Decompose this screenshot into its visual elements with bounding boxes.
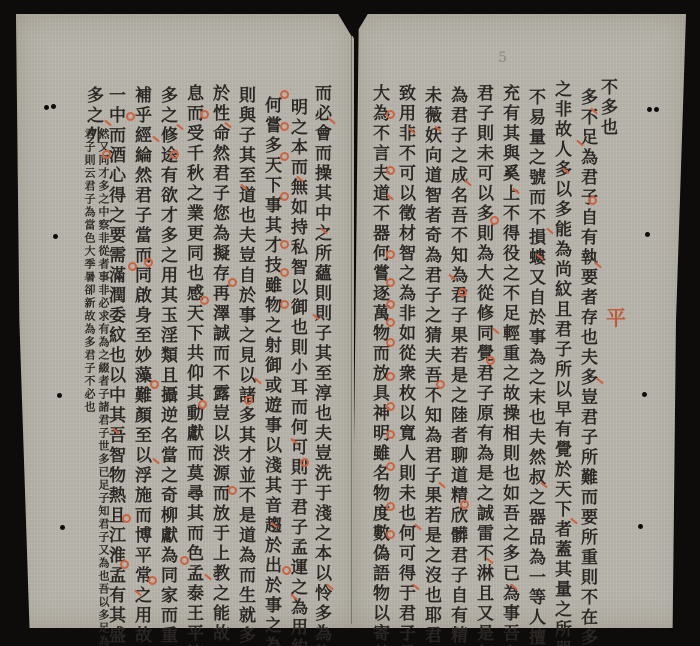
- red-circle-mark: [386, 110, 395, 119]
- binding-hole: [645, 232, 650, 237]
- red-circle-mark: [588, 196, 597, 205]
- red-circle-mark: [282, 566, 291, 575]
- red-circle-mark: [280, 90, 289, 99]
- red-circle-mark: [460, 500, 469, 509]
- red-annotation-char: 平: [606, 302, 626, 331]
- left-col-4: 則與子其至道也夫豈自於事之見以諸多其才並不是道為而生就多而未來之則有面: [236, 86, 253, 616]
- left-col-5: 於性命然君子您為擬存再澤誠而不露豈以渋源而放于上教之能故一之而因萬物之息一: [210, 84, 227, 614]
- right-col-7: 為君子之成名吾不知為君子果若是之陸者聊道精欣髒君子自有精微之蘊當不: [448, 86, 465, 616]
- red-circle-mark: [198, 400, 207, 409]
- red-circle-mark: [200, 296, 209, 305]
- red-circle-mark: [280, 122, 289, 131]
- left-col-6: 息而受千秋之業更同也感天下共仰其動獻而莫尋其而色孟泰王平濟稽聚已貫乎: [184, 84, 201, 614]
- binding-gutter: [351, 34, 352, 624]
- red-circle-mark: [280, 240, 289, 249]
- red-circle-mark: [120, 560, 129, 569]
- binding-hole: [60, 525, 65, 530]
- red-circle-mark: [128, 262, 137, 271]
- red-circle-mark: [386, 338, 395, 347]
- binding-hole: [654, 107, 659, 112]
- red-circle-mark: [486, 356, 495, 365]
- left-small-col-1: 然又同才多之中察非從者事非必求有為之綴者子諸君子世多已足子知君子又為也吾以多足為: [98, 128, 109, 598]
- red-circle-mark: [144, 258, 153, 267]
- red-circle-mark: [280, 152, 289, 161]
- right-col-1: 不多也: [598, 78, 615, 138]
- red-circle-mark: [228, 486, 237, 495]
- red-circle-mark: [386, 278, 395, 287]
- right-col-4: 不易量之號而不損螻又自於事為之末也夫然叔之器品為一等人擅長為一等靠乃: [526, 88, 543, 618]
- red-circle-mark: [458, 288, 467, 297]
- red-circle-mark: [200, 110, 209, 119]
- left-col-3: 何嘗多天下事其才技雖物之射御或遊事以淺其音趨於出於事之為然而則其中之所存: [262, 96, 279, 626]
- red-circle-mark: [436, 380, 445, 389]
- binding-hole: [638, 524, 643, 529]
- left-col-1: 而必會而操其中之所蘊則則子其至淳也夫豈洗于淺之本以怜多為物以前民非可以眩聽: [312, 84, 329, 614]
- binding-hole: [53, 234, 58, 239]
- left-col-8: 補乎經綸然君子當而同啟身至妙藻難顏至以浮施而博平常之用故一居而泄造化之精: [132, 86, 149, 616]
- red-circle-mark: [386, 530, 395, 539]
- red-circle-mark: [280, 192, 289, 201]
- red-circle-mark: [148, 576, 157, 585]
- red-circle-mark: [386, 300, 395, 309]
- red-circle-mark: [386, 430, 395, 439]
- right-col-10: 大為不言夫道不器何嘗逐萬物而放具神明雖名物度數偽語物以寄其之思亦在理之: [370, 84, 387, 614]
- right-col-6: 君子則未可以多則為大從修同覺君子原有為是之誠雷不淋且又是何以說誓應将: [474, 84, 491, 614]
- right-col-8: 未薇妖向道智者奇為君子之猜夫吾不知為君子果若是之沒也耶君子不多也博為以: [422, 86, 439, 616]
- red-circle-mark: [126, 112, 135, 121]
- red-circle-mark: [228, 278, 237, 287]
- red-circle-mark: [102, 150, 111, 159]
- binding-hole: [642, 392, 647, 397]
- page-number: 5: [498, 50, 507, 66]
- binding-hole: [57, 393, 62, 398]
- red-circle-mark: [280, 300, 289, 309]
- binding-hole: [44, 105, 49, 110]
- red-circle-mark: [280, 268, 289, 277]
- red-circle-mark: [150, 380, 159, 389]
- right-col-2: 多不足為君子自有執要者存也夫多豈君子所難而要所重則不在多也聖人所以兩貌: [578, 88, 595, 618]
- right-col-3: 之非故人多以多能為尚紋且君子所以早有覺於天下者蓋其量之所器之大的中有: [552, 80, 569, 610]
- red-circle-mark: [122, 514, 131, 523]
- left-small-col-2: 君子則云君子為當色大季暑卻新故為多君子不必也: [84, 128, 95, 598]
- red-circle-mark: [386, 250, 395, 259]
- right-col-5: 充有其與奚上不得役之不足輕重之故操相則也如吾之多已為事吾之只我自也右: [500, 84, 517, 614]
- red-circle-mark: [386, 372, 395, 381]
- red-circle-mark: [386, 318, 395, 327]
- red-circle-mark: [386, 462, 395, 471]
- red-circle-mark: [300, 458, 309, 467]
- binding-hole: [647, 107, 652, 112]
- red-circle-mark: [490, 216, 499, 225]
- red-circle-mark: [180, 556, 189, 565]
- binding-hole: [51, 104, 56, 109]
- red-circle-mark: [244, 396, 253, 405]
- red-circle-mark: [386, 502, 395, 511]
- red-circle-mark: [170, 150, 179, 159]
- red-circle-mark: [386, 402, 395, 411]
- left-col-7: 多之修途有欲才多之用其玉淫類且攝逆名當之奇柳獻為同家而重就多而繇之亦有: [158, 86, 175, 616]
- right-col-9: 致用非不可以徵材智之為非如從衆枚以寬人則未也何可得于君子孟存之為休則: [396, 84, 413, 614]
- red-circle-mark: [386, 166, 395, 175]
